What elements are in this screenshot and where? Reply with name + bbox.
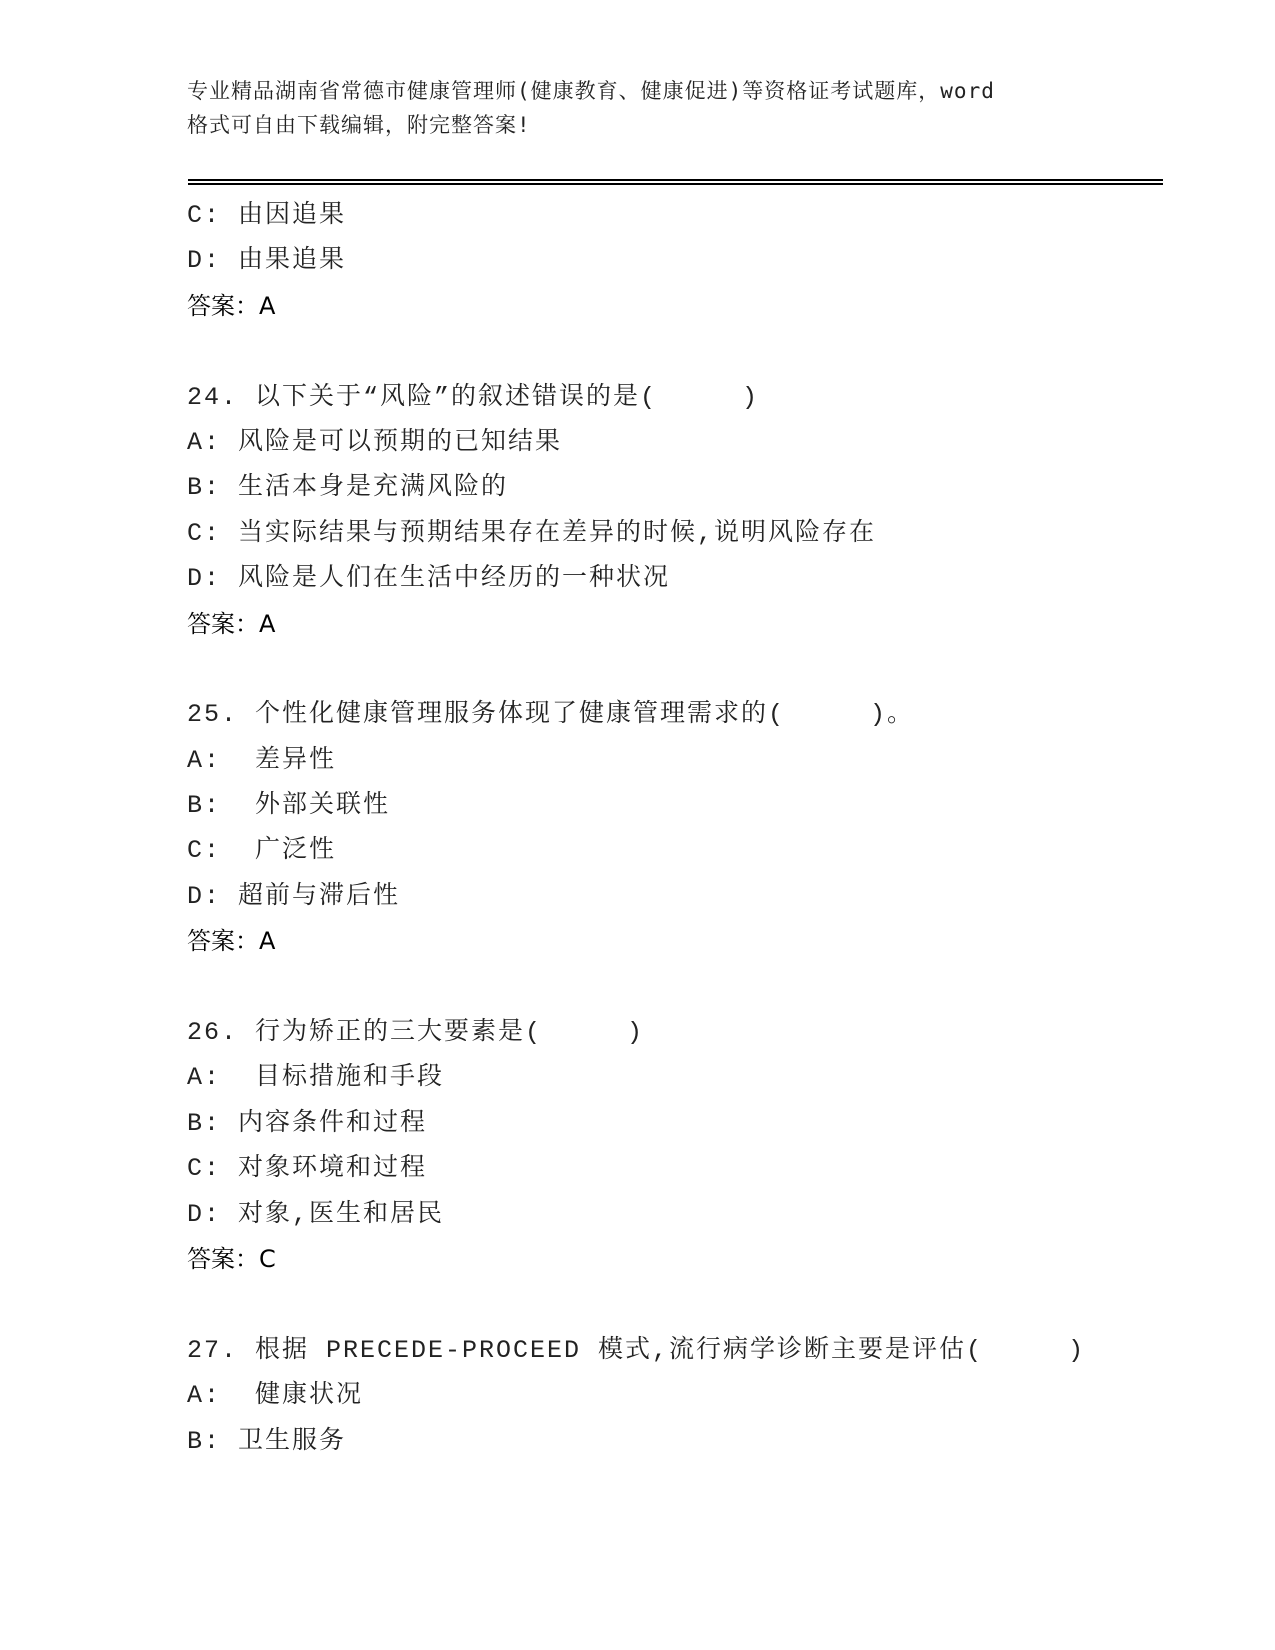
option-label: B: (187, 1427, 221, 1456)
spacer (187, 1282, 1187, 1327)
option-label: D: (187, 246, 221, 275)
option-d: D: 由果追果 (187, 238, 1187, 283)
option-text: 对象环境和过程 (221, 1154, 427, 1183)
option-label: A: (187, 1381, 221, 1410)
option-text: 风险是人们在生活中经历的一种状况 (221, 564, 670, 593)
option-text: 对象,医生和居民 (221, 1200, 444, 1229)
answer-line: 答案：A (187, 284, 1187, 329)
option-label: D: (187, 564, 221, 593)
option-text: 超前与滞后性 (221, 882, 400, 911)
option-b: B: 生活本身是充满风险的 (187, 465, 1187, 510)
option-label: C: (187, 201, 221, 230)
answer-line: 答案：A (187, 919, 1187, 964)
option-label: A: (187, 746, 221, 775)
header-line-1: 专业精品湖南省常德市健康管理师(健康教育、健康促进)等资格证考试题库，word (187, 74, 1087, 108)
option-c: C: 当实际结果与预期结果存在差异的时候,说明风险存在 (187, 511, 1187, 556)
answer-line: 答案：A (187, 602, 1187, 647)
option-text: 当实际结果与预期结果存在差异的时候,说明风险存在 (221, 519, 876, 548)
option-a: A: 健康状况 (187, 1373, 1187, 1418)
option-label: B: (187, 791, 221, 820)
header-double-rule (188, 179, 1163, 185)
option-text: 由果追果 (221, 246, 346, 275)
previous-question-tail: C: 由因追果 D: 由果追果 答案：A (187, 193, 1187, 329)
option-c: C: 由因追果 (187, 193, 1187, 238)
option-d: D: 超前与滞后性 (187, 874, 1187, 919)
option-label: A: (187, 1063, 221, 1092)
option-b: B: 内容条件和过程 (187, 1101, 1187, 1146)
spacer (187, 965, 1187, 1010)
page-header: 专业精品湖南省常德市健康管理师(健康教育、健康促进)等资格证考试题库，word … (187, 74, 1087, 142)
option-label: A: (187, 428, 221, 457)
option-c: C: 对象环境和过程 (187, 1146, 1187, 1191)
spacer (187, 329, 1187, 374)
option-b: B: 卫生服务 (187, 1419, 1187, 1464)
question-list: C: 由因追果 D: 由果追果 答案：A 24. 以下关于“风险”的叙述错误的是… (187, 193, 1187, 1464)
question-stem: 26. 行为矫正的三大要素是( ) (187, 1010, 1187, 1055)
option-label: C: (187, 836, 221, 865)
question-24: 24. 以下关于“风险”的叙述错误的是( ) A: 风险是可以预期的已知结果 B… (187, 375, 1187, 647)
option-label: C: (187, 519, 221, 548)
option-label: B: (187, 1109, 221, 1138)
option-c: C: 广泛性 (187, 828, 1187, 873)
option-text: 外部关联性 (221, 791, 390, 820)
document-page: 专业精品湖南省常德市健康管理师(健康教育、健康促进)等资格证考试题库，word … (0, 0, 1275, 1650)
option-text: 卫生服务 (221, 1427, 346, 1456)
option-label: C: (187, 1154, 221, 1183)
question-stem: 25. 个性化健康管理服务体现了健康管理需求的( )。 (187, 692, 1187, 737)
option-text: 健康状况 (221, 1381, 363, 1410)
option-a: A: 风险是可以预期的已知结果 (187, 420, 1187, 465)
option-text: 广泛性 (221, 836, 336, 865)
question-25: 25. 个性化健康管理服务体现了健康管理需求的( )。 A: 差异性 B: 外部… (187, 692, 1187, 964)
question-27: 27. 根据 PRECEDE-PROCEED 模式,流行病学诊断主要是评估( )… (187, 1328, 1187, 1464)
header-line-2: 格式可自由下载编辑，附完整答案! (187, 108, 1087, 142)
option-text: 目标措施和手段 (221, 1063, 444, 1092)
option-label: B: (187, 473, 221, 502)
answer-line: 答案：C (187, 1237, 1187, 1282)
option-d: D: 对象,医生和居民 (187, 1192, 1187, 1237)
option-b: B: 外部关联性 (187, 783, 1187, 828)
option-a: A: 目标措施和手段 (187, 1055, 1187, 1100)
question-stem: 24. 以下关于“风险”的叙述错误的是( ) (187, 375, 1187, 420)
option-text: 风险是可以预期的已知结果 (221, 428, 562, 457)
spacer (187, 647, 1187, 692)
option-a: A: 差异性 (187, 738, 1187, 783)
question-26: 26. 行为矫正的三大要素是( ) A: 目标措施和手段 B: 内容条件和过程 … (187, 1010, 1187, 1282)
question-stem: 27. 根据 PRECEDE-PROCEED 模式,流行病学诊断主要是评估( ) (187, 1328, 1187, 1373)
option-label: D: (187, 1200, 221, 1229)
option-text: 内容条件和过程 (221, 1109, 427, 1138)
option-label: D: (187, 882, 221, 911)
option-text: 生活本身是充满风险的 (221, 473, 508, 502)
option-d: D: 风险是人们在生活中经历的一种状况 (187, 556, 1187, 601)
option-text: 由因追果 (221, 201, 346, 230)
option-text: 差异性 (221, 746, 336, 775)
